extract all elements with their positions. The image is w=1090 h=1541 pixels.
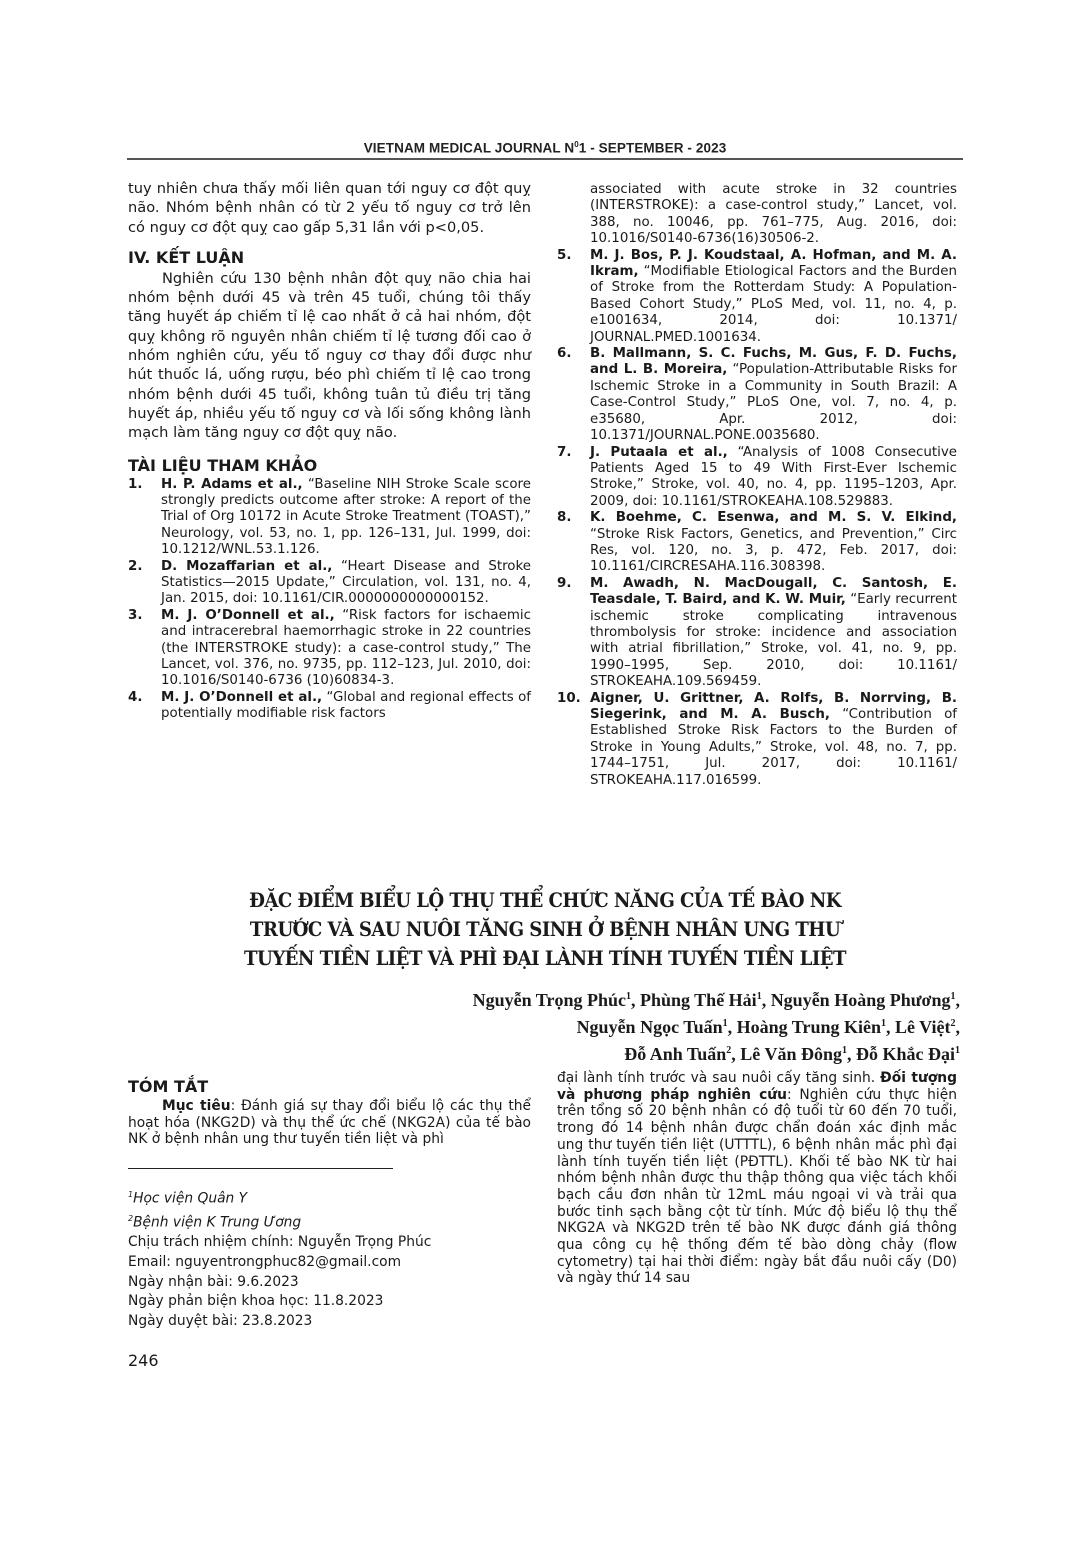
reference-number: 5. [557, 248, 590, 346]
reference-item-8: 8. K. Boehme, C. Esenwa, and M. S. V. El… [557, 510, 957, 576]
review-date: Ngày phản biện khoa học: 11.8.2023 [128, 1292, 531, 1312]
separator: , [631, 990, 640, 1010]
separator: , [886, 1017, 895, 1037]
reference-authors: J. Putaala et al., [590, 445, 728, 460]
reference-authors: D. Mozaffarian et al., [161, 559, 332, 574]
author-name: Lê Văn Đông [740, 1044, 842, 1064]
reference-number: 6. [557, 346, 590, 444]
author-list: Nguyễn Trọng Phúc1, Phùng Thế Hải1, Nguy… [300, 985, 960, 1066]
page-number: 246 [128, 1351, 531, 1370]
abstract-objective: Mục tiêu: Đánh giá sự thay đổi biểu lộ c… [128, 1098, 531, 1148]
journal-name: VIETNAM MEDICAL JOURNAL N [364, 141, 575, 156]
reference-item-2: 2. D. Mozaffarian et al., “Heart Disease… [128, 559, 531, 608]
reference-number: 10. [557, 691, 590, 789]
author-name: Nguyễn Trọng Phúc [473, 990, 626, 1010]
abstract-continued: đại lành tính trước và sau nuôi cấy tăng… [557, 1070, 957, 1287]
reference-number: 7. [557, 445, 590, 511]
reference-item-3: 3. M. J. O’Donnell et al., “Risk factors… [128, 608, 531, 690]
reference-item-9: 9. M. Awadh, N. MacDougall, C. Santosh, … [557, 576, 957, 691]
reference-authors: M. J. O’Donnell et al., [161, 608, 335, 623]
affiliation-name: Học viện Quân Y [133, 1191, 247, 1207]
issue-date: 1 - SEPTEMBER - 2023 [579, 141, 727, 156]
right-column-top: associated with acute stroke in 32 count… [557, 182, 957, 789]
footnote-rule [128, 1168, 393, 1169]
reference-item-7: 7. J. Putaala et al., “Analysis of 1008 … [557, 445, 957, 511]
separator: , [956, 1017, 961, 1037]
reference-item-6: 6. B. Mallmann, S. C. Fuchs, M. Gus, F. … [557, 346, 957, 444]
header-rule [127, 158, 963, 160]
accepted-date: Ngày duyệt bài: 23.8.2023 [128, 1312, 531, 1332]
reference-item-10: 10. Aigner, U. Grittner, A. Rolfs, B. No… [557, 691, 957, 789]
reference-number: 8. [557, 510, 590, 576]
left-column-bottom: TÓM TẮT Mục tiêu: Đánh giá sự thay đổi b… [128, 1076, 531, 1371]
article-title-line: ĐẶC ĐIỂM BIỂU LỘ THỤ THỂ CHỨC NĂNG CỦA T… [168, 886, 921, 915]
author-name: Nguyễn Ngọc Tuấn [577, 1017, 723, 1037]
running-header: VIETNAM MEDICAL JOURNAL N01 - SEPTEMBER … [127, 140, 963, 156]
affiliation-name: Bệnh viện K Trung Ương [133, 1215, 301, 1231]
footnotes: 1Học viện Quân Y 2Bệnh viện K Trung Ương… [128, 1185, 531, 1331]
reference-number: 2. [128, 559, 161, 608]
separator: , [731, 1044, 740, 1064]
email: Email: nguyentrongphuc82@gmail.com [128, 1253, 531, 1273]
objective-label: Mục tiêu [162, 1098, 231, 1114]
reference-number: 9. [557, 576, 590, 691]
references-heading: TÀI LIỆU THAM KHẢO [128, 455, 531, 477]
affiliation-2: 2Bệnh viện K Trung Ương [128, 1209, 531, 1233]
author-name: Đỗ Anh Tuấn [624, 1044, 726, 1064]
reference-item-4-continuation: associated with acute stroke in 32 count… [557, 182, 957, 248]
reference-number: 3. [128, 608, 161, 690]
article-title: ĐẶC ĐIỂM BIỂU LỘ THỤ THỂ CHỨC NĂNG CỦA T… [168, 886, 921, 973]
author-name: Đỗ Khắc Đại [856, 1044, 955, 1064]
reference-authors: M. J. O’Donnell et al., [161, 690, 322, 705]
reference-number: 1. [128, 477, 161, 559]
conclusion-heading: IV. KẾT LUẬN [128, 247, 531, 269]
reference-item-4: 4. M. J. O’Donnell et al., “Global and r… [128, 690, 531, 723]
reference-authors: K. Boehme, C. Esenwa, and M. S. V. Elkin… [590, 510, 957, 525]
separator: , [847, 1044, 856, 1064]
article-title-line: TRƯỚC VÀ SAU NUÔI TĂNG SINH Ở BỆNH NHÂN … [168, 915, 921, 944]
affiliation-marker: 1 [955, 1045, 960, 1056]
left-column-top: tuy nhiên chưa thấy mối liên quan tới ng… [128, 179, 531, 723]
author-name: Nguyễn Hoàng Phương [771, 990, 951, 1010]
conclusion-paragraph: Nghiên cứu 130 bệnh nhân đột quỵ não chi… [128, 269, 531, 443]
reference-item-5: 5. M. J. Bos, P. J. Koudstaal, A. Hofman… [557, 248, 957, 346]
reference-number: 4. [128, 690, 161, 723]
continuation-paragraph: tuy nhiên chưa thấy mối liên quan tới ng… [128, 179, 531, 237]
abstract-heading: TÓM TẮT [128, 1076, 531, 1098]
right-column-bottom: đại lành tính trước và sau nuôi cấy tăng… [557, 1070, 957, 1287]
reference-list-left: 1. H. P. Adams et al., “Baseline NIH Str… [128, 477, 531, 723]
separator: , [956, 990, 961, 1010]
reference-item-1: 1. H. P. Adams et al., “Baseline NIH Str… [128, 477, 531, 559]
author-name: Hoàng Trung Kiên [737, 1017, 881, 1037]
separator: , [762, 990, 771, 1010]
author-name: Phùng Thế Hải [640, 990, 757, 1010]
author-name: Lê Việt [895, 1017, 951, 1037]
article-title-line: TUYẾN TIỀN LIỆT VÀ PHÌ ĐẠI LÀNH TÍNH TUY… [168, 944, 921, 973]
received-date: Ngày nhận bài: 9.6.2023 [128, 1273, 531, 1293]
affiliation-1: 1Học viện Quân Y [128, 1185, 531, 1209]
methods-text: : Nghiên cứu thực hiện trên tổng số 20 b… [557, 1087, 957, 1287]
reference-authors: H. P. Adams et al., [161, 477, 303, 492]
separator: , [728, 1017, 737, 1037]
objective-continuation: đại lành tính trước và sau nuôi cấy tăng… [557, 1070, 880, 1086]
reference-text: “Stroke Risk Factors, Genetics, and Prev… [590, 527, 957, 575]
corresponding-author: Chịu trách nhiệm chính: Nguyễn Trọng Phú… [128, 1233, 531, 1253]
reference-text: “Modifiable Etiological Factors and the … [590, 264, 957, 345]
